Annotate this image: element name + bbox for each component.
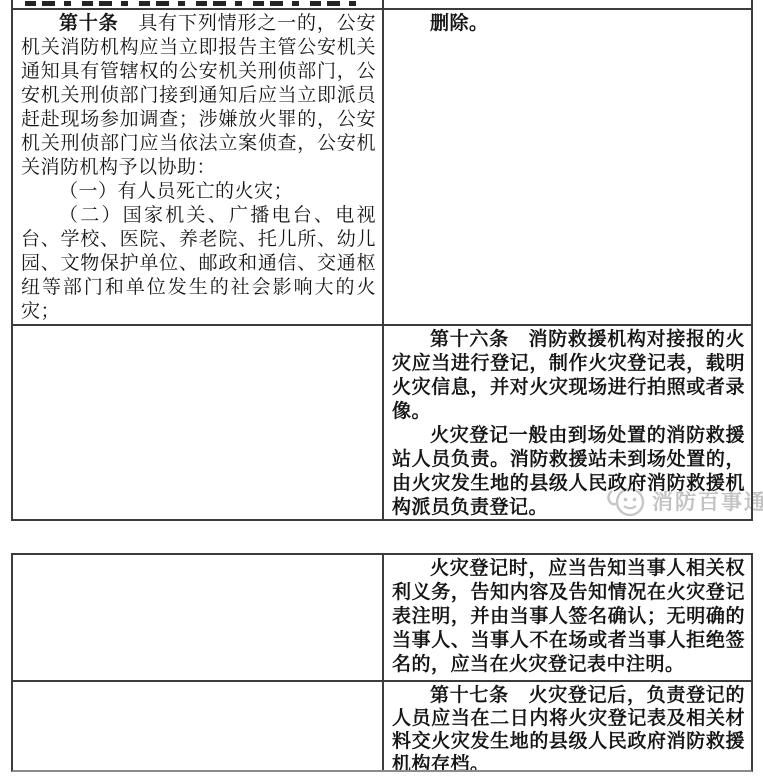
table-row: 第十条 具有下列情形之一的，公安机关消防机构应当立即报告主管公安机关通知具有管辖… — [13, 8, 751, 324]
paragraph: 第十七条 火灾登记后，负责登记的人员应当在二日内将火灾登记表及相关材料交火灾发生… — [392, 684, 745, 770]
paragraph: 删除。 — [392, 12, 745, 36]
clipped-top-row-right-cell — [384, 0, 751, 8]
comparison-table-2: 火灾登记时，应当告知当事人相关权利义务，告知内容及告知情况在火灾登记表注明，并由… — [11, 553, 753, 772]
table-row: 第十七条 火灾登记后，负责登记的人员应当在二日内将火灾登记表及相关材料交火灾发生… — [13, 680, 751, 770]
empty-left-cell — [13, 555, 384, 680]
clipped-text-fragments — [25, 1, 366, 6]
fire-registration-notice-cell: 火灾登记时，应当告知当事人相关权利义务，告知内容及告知情况在火灾登记表注明，并由… — [384, 555, 751, 680]
paragraph: 火灾登记一般由到场处置的消防救援站人员负责。消防救援站未到场处置的，由火灾发生地… — [392, 424, 745, 519]
paragraph: （二）国家机关、广播电台、电视台、学校、医院、养老院、托儿所、幼儿园、文物保护单… — [21, 204, 376, 324]
table-row: 火灾登记时，应当告知当事人相关权利义务，告知内容及告知情况在火灾登记表注明，并由… — [13, 555, 751, 680]
article-16-text-cell: 第十六条 消防救援机构对接报的火灾应当进行登记，制作火灾登记表，载明火灾信息，并… — [384, 326, 751, 519]
article-10-revision-cell: 删除。 — [384, 10, 751, 324]
comparison-table-1: 第十条 具有下列情形之一的，公安机关消防机构应当立即报告主管公安机关通知具有管辖… — [11, 0, 753, 521]
paragraph: 火灾登记时，应当告知当事人相关权利义务，告知内容及告知情况在火灾登记表注明，并由… — [392, 557, 745, 677]
clipped-top-row — [13, 0, 751, 8]
paragraph: （一）有人员死亡的火灾； — [21, 180, 376, 204]
article-10-original-text-cell: 第十条 具有下列情形之一的，公安机关消防机构应当立即报告主管公安机关通知具有管辖… — [13, 10, 384, 324]
paragraph: 第十六条 消防救援机构对接报的火灾应当进行登记，制作火灾登记表，载明火灾信息，并… — [392, 328, 745, 424]
table-row: 第十六条 消防救援机构对接报的火灾应当进行登记，制作火灾登记表，载明火灾信息，并… — [13, 324, 751, 519]
empty-left-cell — [13, 326, 384, 519]
clipped-top-row-left-cell — [13, 0, 384, 8]
article-17-text-cell: 第十七条 火灾登记后，负责登记的人员应当在二日内将火灾登记表及相关材料交火灾发生… — [384, 682, 751, 770]
empty-left-cell — [13, 682, 384, 770]
paragraph: 第十条 具有下列情形之一的，公安机关消防机构应当立即报告主管公安机关通知具有管辖… — [21, 12, 376, 180]
